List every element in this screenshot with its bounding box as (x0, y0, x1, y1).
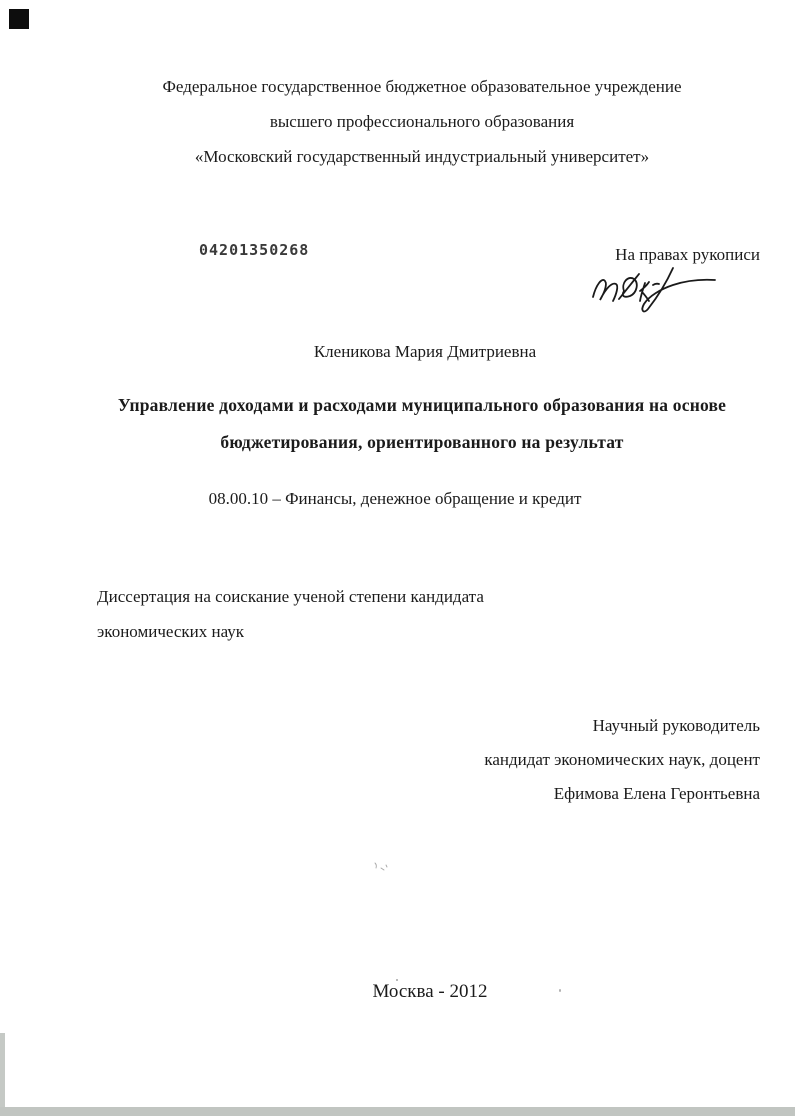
supervisor-heading: Научный руководитель (593, 716, 760, 736)
ink-smudge (372, 860, 390, 879)
author-name: Кленикова Мария Дмитриевна (55, 342, 795, 362)
supervisor-degree: кандидат экономических наук, доцент (484, 750, 760, 770)
institution-name-line-2: высшего профессионального образования (49, 112, 795, 132)
dissertation-title-page: Федеральное государственное бюджетное об… (0, 0, 795, 1116)
scan-edge-left (0, 1033, 5, 1116)
specialty-code-line: 08.00.10 – Финансы, денежное обращение и… (0, 489, 790, 509)
city-year-line: Москва - 2012 (65, 981, 795, 1003)
dissertation-title-line-2: бюджетирования, ориентированного на резу… (49, 432, 795, 452)
degree-statement-line-1: Диссертация на соискание ученой степени … (97, 587, 484, 607)
supervisor-name: Ефимова Елена Геронтьевна (554, 784, 760, 804)
dissertation-title-line-1: Управление доходами и расходами муниципа… (49, 395, 795, 415)
scan-corner-mark (9, 9, 29, 29)
scan-edge-bottom (0, 1107, 795, 1116)
institution-name-line-3: «Московский государственный индустриальн… (49, 147, 795, 167)
scan-speck (559, 989, 561, 992)
registration-stamp-number: 04201350268 (199, 241, 309, 259)
degree-statement-line-2: экономических наук (97, 622, 244, 642)
handwritten-signature-icon (583, 261, 723, 315)
institution-name-line-1: Федеральное государственное бюджетное об… (49, 77, 795, 97)
scan-speck (396, 979, 398, 981)
